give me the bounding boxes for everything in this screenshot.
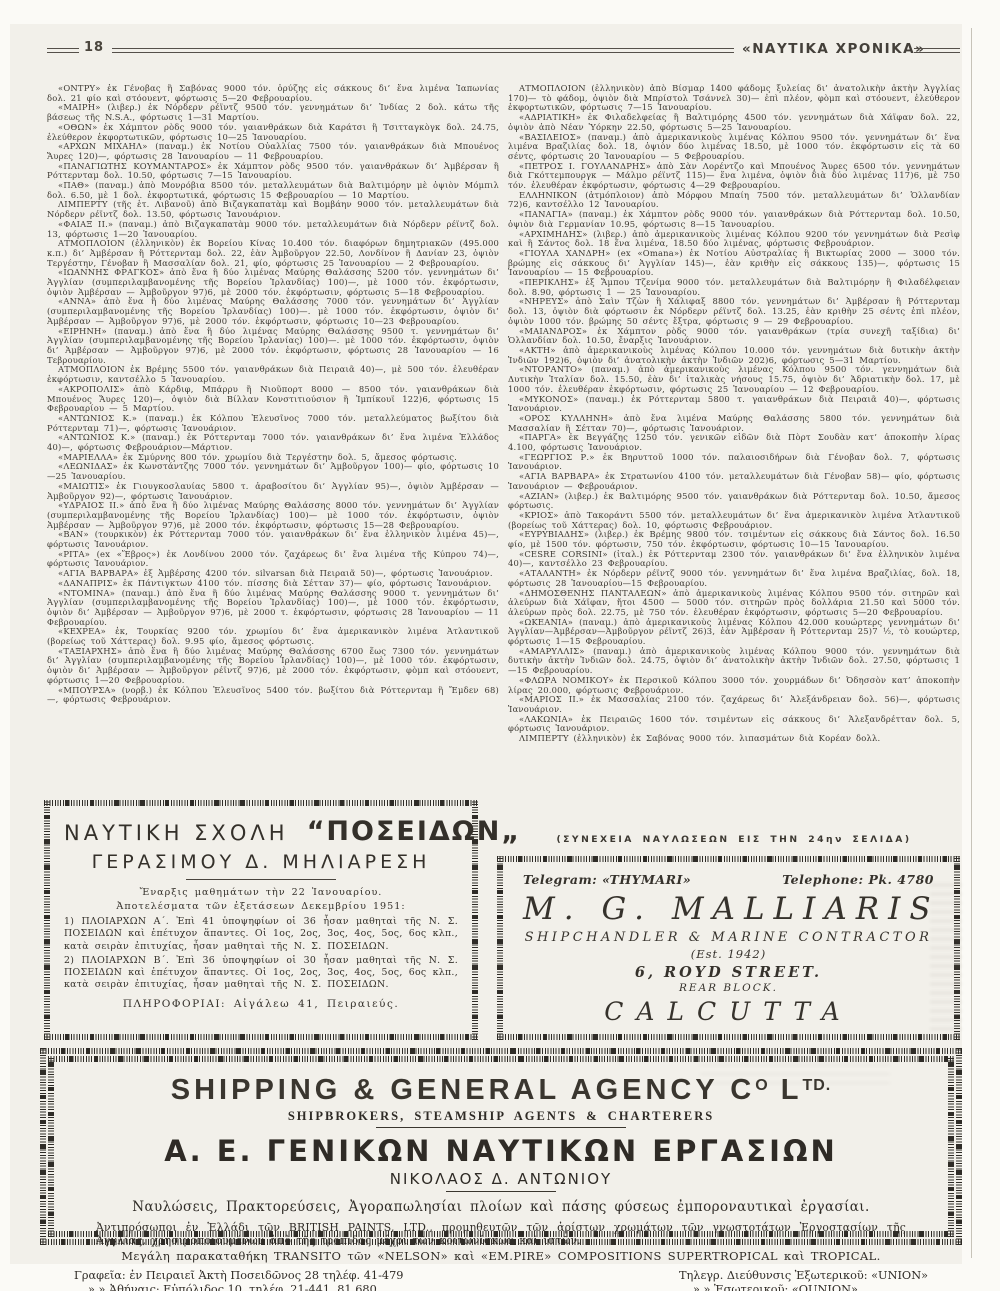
listing-entry: «ΑΚΡΟΠΟΛΙΣ» ἀπὸ Κάρδιφ, Μπάρρυ ἢ Νιοῦπορ… <box>47 385 499 414</box>
scanned-magazine-page: { "page": { "number": "18", "title": "«Ν… <box>0 0 1000 1291</box>
listing-entry: «ΝΗΡΕΥΣ» ἀπὸ Σαὶν Τζὼν ἢ Χάλιφαξ 8800 τό… <box>508 297 960 326</box>
results-heading: Ἀποτελέσματα τῶν ἐξετάσεων Δεκεμβρίου 19… <box>64 901 458 912</box>
bleed-through-artifact <box>930 880 962 1030</box>
office-line-2: » » Ἀθήναις· Εὐπόλιδος 10, τηλέφ. 21-441… <box>74 1283 403 1291</box>
listing-entry: «ΠΑΘ» (παναμ.) ἀπὸ Μονρόβια 8500 τόν. με… <box>47 181 499 200</box>
services-line: Ναυλώσεις, Πρακτορεύσεις, Ἀγοραπωλησίαι … <box>68 1199 934 1215</box>
agency-ad: SHIPPING & GENERAL AGENCY CO LTD. SHIPBR… <box>54 1062 948 1231</box>
listing-entry: «ΙΩΑΝΝΗΣ ΦΡΑΓΚΟΣ» ἀπὸ ἕνα ἢ δύο λιμένας … <box>47 268 499 297</box>
malliaris-ad-frame: Telegram: «THYMARI» Telephone: Pk. 4780 … <box>497 856 960 1040</box>
listing-entry: «ΜΥΚΟΝΟΣ» (παναμ.) ἐκ Ρόττερνταμ 5800 τ.… <box>508 395 960 414</box>
listing-entry: «ΡΙΤΑ» (ex «Ἕβρος») ἐκ Λονδίνου 2000 τόν… <box>47 550 499 569</box>
listing-entry: «ΒΑΣΙΛΕΙΟΣ» (παναμ.) ἀπὸ ἀμερικανικοὺς λ… <box>508 133 960 162</box>
block-line: REAR BLOCK. <box>523 982 934 994</box>
manager-rule <box>446 1191 556 1192</box>
listing-entry: «ΦΑΙΑΞ ΙΙ.» (παναμ.) ἀπὸ Βιζαγκαπατὰμ 90… <box>47 220 499 239</box>
listing-entry: «ΠΑΡΓΑ» ἐκ Βεγγάζης 1250 τόν. γενικῶν εἰ… <box>508 433 960 452</box>
city-name: CALCUTTA <box>523 997 934 1026</box>
office-contacts: Γραφεῖα: ἐν Πειραιεῖ Ἀκτὴ Ποσειδῶνος 28 … <box>74 1269 403 1291</box>
listing-entry: «ΑΝΤΩΝΙΟΣ Κ.» (παναμ.) ἐκ Κόλπου Ἐλευσῖν… <box>47 414 499 433</box>
bleed-through-artifact <box>700 1058 890 1084</box>
office-line-1: Γραφεῖα: ἐν Πειραιεῖ Ἀκτὴ Ποσειδῶνος 28 … <box>74 1269 403 1283</box>
page-edge-line <box>971 28 972 1258</box>
listing-entry: «ΝΤΟΜΙΝΑ» (παναμ.) ἀπὸ ἕνα ἢ δύο λιμένας… <box>47 589 499 628</box>
listing-entry: «ΚΡΙΟΣ» ἀπὸ Τακοράντι 5500 τόν. μεταλλευ… <box>508 511 960 530</box>
agency-manager: ΝΙΚΟΛΑΟΣ Δ. ΑΝΤΩΝΙΟΥ <box>68 1170 934 1188</box>
company-name: M. G. MALLIARIS <box>523 891 934 927</box>
listing-entry: «ΑΡΧΩΝ ΜΙΧΑΗΛ» (παναμ.) ἐκ Νοτίου Οὐαλλί… <box>47 142 499 161</box>
listing-entry: «ΑΤΑΛΑΝΤΗ» ἐκ Νόρδερν ρέϊντζ 9000 τόν. γ… <box>508 569 960 588</box>
listing-entry: «ΜΠΟΥΡΣΑ» (νορβ.) ἐκ Κόλπου Ἐλευσῖνος 54… <box>47 686 499 705</box>
listing-entry: «ΑΝΤΩΝΙΟΣ Κ.» (παναμ.) ἐκ Ρόττερνταμ 700… <box>47 433 499 452</box>
cable-line-2: » » Ἐσωτερικοῦ: «ΟUNION» <box>679 1283 928 1291</box>
right-column-entries: ΑΤΜΟΠΛΟΙΟΝ (ἑλληνικὸν) ἀπὸ Βίσμαρ 1400 φ… <box>508 84 960 832</box>
listing-entry: ΑΤΜΟΠΛΟΙΟΝ (ἑλληνικὸν) ἐκ Βορείου Κίνας … <box>47 239 499 268</box>
listing-entry: «ΑΔΡΙΑΤΙΚΗ» ἐκ Φιλαδελφείας ἢ Βαλτιμόρης… <box>508 113 960 132</box>
telegram-label: Telegram: «THYMARI» <box>523 872 691 887</box>
listing-entry: «ΜΑΙΡΗ» (λιβερ.) ἐκ Νόρδερν ρέϊντζ 9500 … <box>47 103 499 122</box>
listing-entry: «ΜΑΙΑΝΔΡΟΣ» ἐκ Χάμπτον ρὸδς 9000 τόν. γα… <box>508 327 960 346</box>
agency-subtitle: SHIPBROKERS, STEAMSHIP AGENTS & CHARTERE… <box>68 1109 934 1124</box>
info-line: ΠΛΗΡΟΦΟΡΙΑΙ: Αἰγάλεω 41, Πειραιεύς. <box>64 998 458 1010</box>
listing-entry: «ΤΑΞΙΑΡΧΗΣ» ἀπὸ ἕνα ἢ δύο λιμένας Μαύρης… <box>47 647 499 686</box>
listing-entry: «ΒΑΝ» (τουρκικὸν) ἐκ Ρόττερνταμ 7000 τόν… <box>47 530 499 549</box>
listing-entry: «ΑΜΑΡΥΛΛΙΣ» (παναμ.) ἀπὸ ἀμερικανικοὺς λ… <box>508 647 960 676</box>
listing-entry: «ΑΚΤΗ» ἀπὸ ἀμερικανικοὺς λιμένας Κόλπου … <box>508 346 960 365</box>
company-role: SHIPCHANDLER & MARINE CONTRACTOR <box>523 930 934 945</box>
listing-entry: «ΕΙΡΗΝΗ» (παναμ.) ἀπὸ ἕνα ἢ δύο λιμένας … <box>47 327 499 366</box>
listing-entry: «ΓΕΩΡΓΙΟΣ Ρ.» ἐκ Βηρυττοῦ 1000 τόν. παλα… <box>508 453 960 472</box>
stock-line: Μεγάλη παρακαταθήκη TRANSITO τῶν «NELSON… <box>68 1249 934 1263</box>
listing-entry: «ΑΓΙΑ ΒΑΡΒΑΡΑ» ἐκ Στρατωνίου 4100 τόν. μ… <box>508 472 960 491</box>
listing-entry: «ΓΙΟΥΛΑ ΧΑΝΔΡΗ» (ex «Omana») ἐκ Νοτίου Α… <box>508 249 960 278</box>
listing-entry: «ΝΤΟΡΑΝΤΟ» (παναμ.) ἀπὸ ἀμερικανικοὺς λι… <box>508 365 960 394</box>
cable-contacts: Τηλεγρ. Διεύθυνσις Ἐξωτερικοῦ: «UNION» »… <box>679 1269 928 1291</box>
results-list: 1) ΠΛΟΙΑΡΧΩΝ Α΄. Ἐπὶ 41 ὑποψηφίων οἱ 36 … <box>64 916 458 992</box>
listing-entry: «ΑΝΝΑ» ἀπὸ ἕνα ἢ δύο λιμένας Μαύρης Θαλά… <box>47 297 499 326</box>
malliaris-ad: Telegram: «THYMARI» Telephone: Pk. 4780 … <box>503 862 954 1034</box>
street-address: 6, ROYD STREET. <box>523 964 934 981</box>
agency-greek-name: Α. Ε. ΓΕΝΙΚΩΝ ΝΑΥΤΙΚΩΝ ΕΡΓΑΣΙΩΝ <box>68 1134 934 1168</box>
subtitle-rule <box>376 1127 626 1128</box>
left-column-entries: «ΟΝΤΡΥ» ἐκ Γένοβας ἢ Σαβόνας 9000 τόν. ὁ… <box>47 84 499 798</box>
header-rule-center <box>112 48 734 53</box>
telephone-label: Telephone: Pk. 4780 <box>782 872 934 887</box>
listing-entry: «ΥΔΡΑΙΟΣ ΙΙ.» ἀπὸ ἕνα ἢ δύο λιμένας Μαύρ… <box>47 501 499 530</box>
listing-entry: ΛΙΜΠΕΡΤΥ (ἑλληνικὸν) ἐκ Σαβόνας 9000 τόν… <box>508 734 960 744</box>
listing-entry: 1) ΠΛΟΙΑΡΧΩΝ Α΄. Ἐπὶ 41 ὑποψηφίων οἱ 36 … <box>64 916 458 953</box>
cable-line-1: Τηλεγρ. Διεύθυνσις Ἐξωτερικοῦ: «UNION» <box>679 1269 928 1283</box>
school-label: ΝΑΥΤΙΚΗ ΣΧΟΛΗ <box>64 821 289 845</box>
listing-entry: «ΠΕΡΙΚΛΗΣ» ἐξ Ἄμπου Τζενίμα 9000 τόν. με… <box>508 278 960 297</box>
representatives-line: Ἀντιπρόσωποι ἐν Ἑλλάδι τῶν BRITISH PAINT… <box>96 1221 906 1247</box>
school-owner: ΓΕΡΑΣΙΜΟΥ Δ. ΜΗΛΙΑΡΕΣΗ <box>64 851 458 873</box>
established-line: (Est. 1942) <box>523 947 934 961</box>
listing-entry: ΑΤΜΟΠΛΟΙΟΝ (ἑλληνικὸν) ἀπὸ Βίσμαρ 1400 φ… <box>508 84 960 113</box>
listing-entry: «CESRE CORSINI» (ἰταλ.) ἐκ Ρόττερνταμ 23… <box>508 550 960 569</box>
listing-entry: «ΠΕΤΡΟΣ Ι. ΓΟΥΛΑΝΔΡΗΣ» ἀπὸ Σὰν Λορέντζο … <box>508 162 960 191</box>
listing-entry: «ΜΑΙΩΤΙΣ» ἐκ Γιουγκοσλαυίας 5800 τ. ἀραβ… <box>47 482 499 501</box>
listing-entry: ΑΤΜΟΠΛΟΙΟΝ ἐκ Βρέμης 5500 τόν. γαιανθράκ… <box>47 365 499 384</box>
listing-entry: ΛΙΜΠΕΡΤΥ (τῆς ἑτ. Λιβανοῦ) ἀπὸ Βιζαγκαπα… <box>47 200 499 219</box>
listing-entry: «ΠΑΝΑΓΙΩΤΗΣ ΚΟΥΜΑΝΤΑΡΟΣ» ἐκ Χάμπτον ρὸδς… <box>47 162 499 181</box>
listing-entry: «ΟΝΤΡΥ» ἐκ Γένοβας ἢ Σαβόνας 9000 τόν. ὁ… <box>47 84 499 103</box>
opening-line: Ἔναρξις μαθημάτων τὴν 22 Ἰανουαρίου. <box>64 887 458 898</box>
continuation-note: (ΣΥΝΕΧΕΙΑ ΝΑΥΛΩΣΕΩΝ ΕΙΣ ΤΗΝ 24ην ΣΕΛΙΔΑ) <box>508 834 960 845</box>
listing-entry: «ΟΡΟΣ ΚΥΛΛΗΝΗ» ἀπὸ ἕνα λιμένα Μαύρης Θαλ… <box>508 414 960 433</box>
listing-entry: «ΛΑΚΩΝΙΑ» ἐκ Πειραιῶς 1600 τόν. τσιμέντω… <box>508 715 960 734</box>
page-number: 18 <box>84 40 104 55</box>
header-rule-left <box>47 48 79 53</box>
poseidon-ad-frame: ΝΑΥΤΙΚΗ ΣΧΟΛΗ “ΠΟΣΕΙΔΩΝ„ ΓΕΡΑΣΙΜΟΥ Δ. ΜΗ… <box>44 800 478 1040</box>
poseidon-ad: ΝΑΥΤΙΚΗ ΣΧΟΛΗ “ΠΟΣΕΙΔΩΝ„ ΓΕΡΑΣΙΜΟΥ Δ. ΜΗ… <box>50 806 472 1034</box>
listing-entry: «ΟΘΩΝ» ἐκ Χάμπτον ρὸδς 9000 τόν. γαιανθρ… <box>47 123 499 142</box>
divider-rule <box>186 879 336 880</box>
listing-entry: ΕΛΛΗΝΙΚΟΝ (ἀτμόπλοιον) ἀπὸ Μόρφου Μπαίη … <box>508 191 960 210</box>
listing-entry: «ΑΡΧΙΜΗΔΗΣ» (λιβερ.) ἀπὸ ἀμερικανικοὺς λ… <box>508 230 960 249</box>
journal-title: «ΝΑΥΤΙΚΑ ΧΡΟΝΙΚΑ» <box>742 41 925 57</box>
listing-entry: 2) ΠΛΟΙΑΡΧΩΝ Β΄. Ἐπὶ 36 ὑποψηφίων οἱ 30 … <box>64 955 458 992</box>
listing-entry: «ΚΕΧΡΕΑ» ἐκ, Τουρκίας 9200 τόν. χρωμίου … <box>47 627 499 646</box>
listing-entry: «ΛΕΩΝΙΔΑΣ» ἐκ Κωνστάντζης 7000 τόν. γενν… <box>47 462 499 481</box>
poseidon-ad-title: ΝΑΥΤΙΚΗ ΣΧΟΛΗ “ΠΟΣΕΙΔΩΝ„ <box>64 816 458 847</box>
agency-title-main: SHIPPING & GENERAL AGENCY C <box>171 1074 755 1106</box>
listing-entry: «ΩΚΕΑΝΙΑ» (παναμ.) ἀπὸ ἀμερικανικοὺς λιμ… <box>508 618 960 647</box>
listing-entry: «ΦΛΩΡΑ ΝΟΜΙΚΟΥ» ἐκ Περσικοῦ Κόλπου 3000 … <box>508 676 960 695</box>
listing-entry: «ΑΖΙΑΝ» (λιβερ.) ἐκ Βαλτιμόρης 9500 τόν.… <box>508 492 960 511</box>
listing-entry: «ΜΑΡΙΟΣ ΙΙ.» ἐκ Μασσαλίας 2100 τόν. ζαχά… <box>508 695 960 714</box>
listing-entry: «ΔΗΜΟΣΘΕΝΗΣ ΠΑΝΤΑΛΕΩΝ» ἀπὸ ἀμερικανικοὺς… <box>508 589 960 618</box>
listing-entry: «ΕΥΡΥΒΙΑΔΗΣ» (λιβερ.) ἐκ Βρέμης 9800 τόν… <box>508 530 960 549</box>
listing-entry: «ΠΑΝΑΓΙΑ» (παναμ.) ἐκ Χάμπτον ρὸδς 9000 … <box>508 210 960 229</box>
header-rule-right <box>914 48 960 53</box>
school-name: “ΠΟΣΕΙΔΩΝ„ <box>307 816 521 847</box>
